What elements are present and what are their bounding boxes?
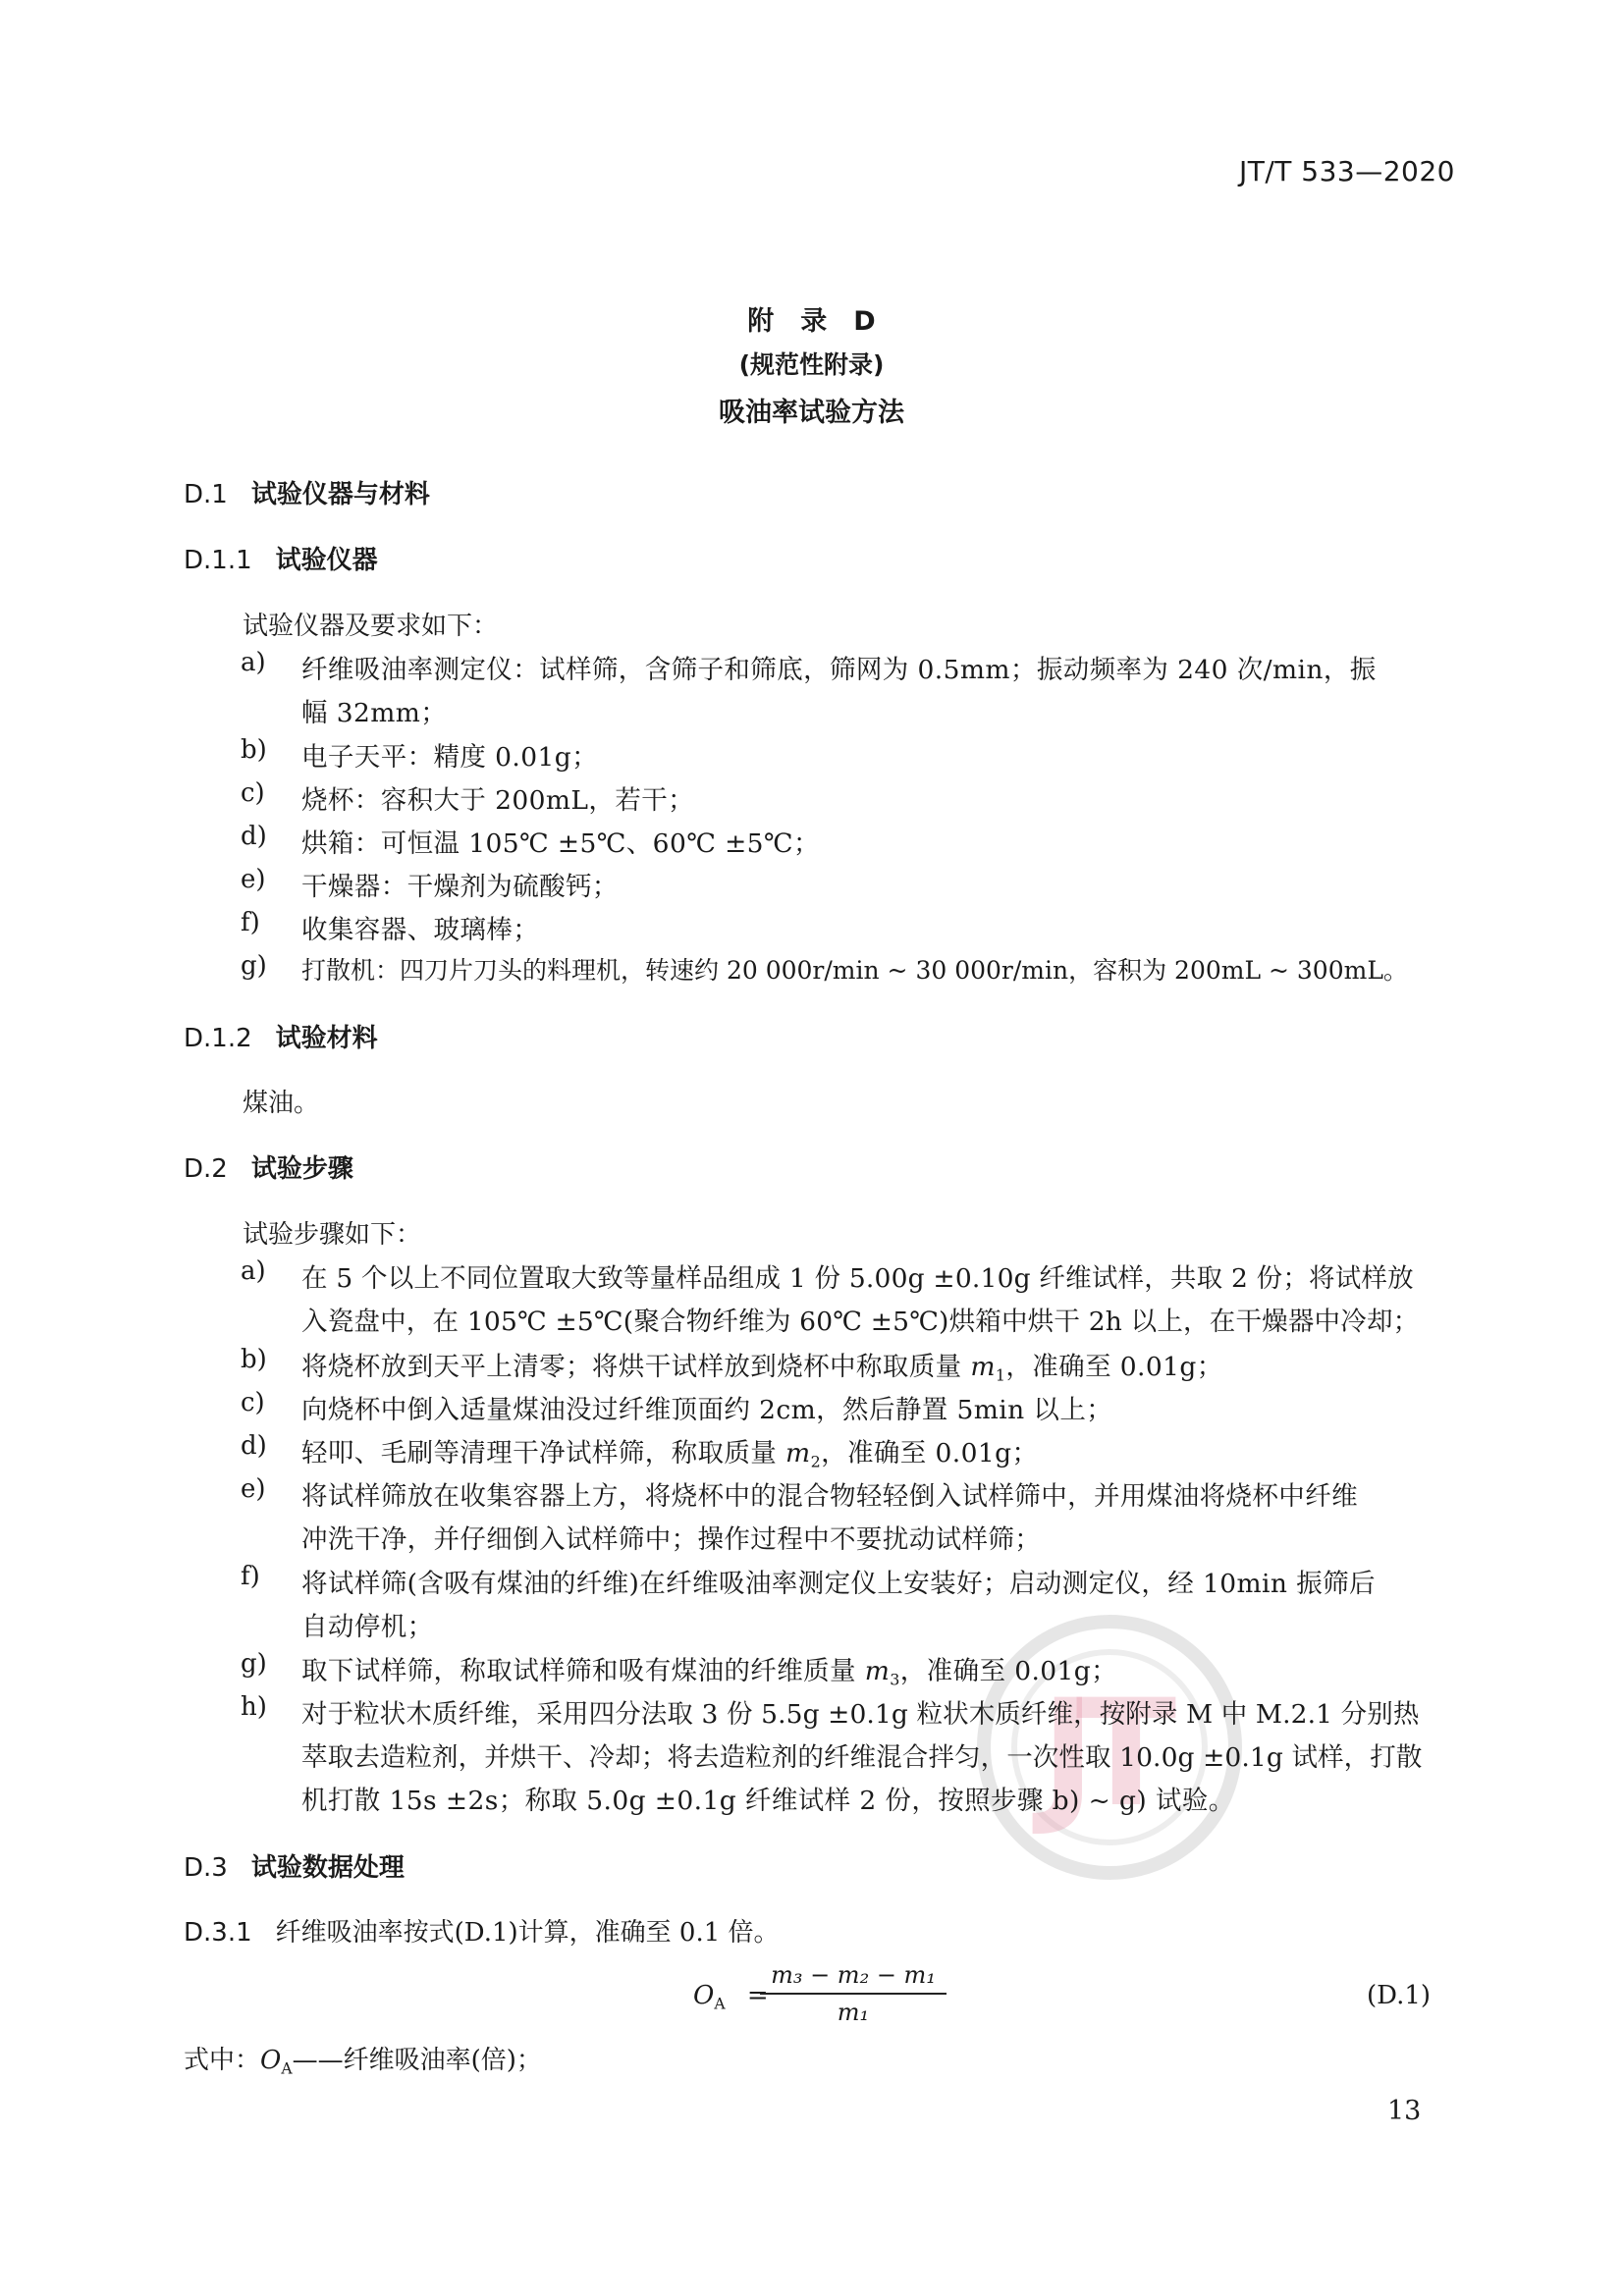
list-item-text: 烘箱：可恒温 105℃ ±5℃、60℃ ±5℃； [301, 822, 820, 860]
list-label: d) [241, 1431, 267, 1461]
list-item-text: 将烧杯放到天平上清零；将烘干试样放到烧杯中称取质量 m1，准确至 0.01g； [301, 1345, 1223, 1385]
list-label: h) [241, 1692, 267, 1722]
list-item-text: 收集容器、玻璃棒； [301, 908, 539, 946]
list-label: a) [241, 648, 266, 677]
variable: m [785, 1438, 811, 1468]
list-label: b) [241, 1345, 267, 1374]
formula-fraction: m₃ − m₂ − m₁ m₁ [760, 1961, 947, 2026]
list-item-text: 干燥器：干燥剂为硫酸钙； [301, 865, 619, 903]
where-prefix: 式中： [184, 2046, 260, 2075]
section-number: D.3 [184, 1853, 228, 1883]
section-number: D.1 [184, 480, 228, 509]
list-item-text: 向烧杯中倒入适量煤油没过纤维顶面约 2cm，然后静置 5min 以上； [301, 1388, 1112, 1426]
list-label: g) [241, 1649, 267, 1679]
where-subscript: A [281, 2059, 292, 2077]
formula-variable: O [693, 1981, 714, 2010]
section-number: D.1.2 [184, 1024, 252, 1053]
fraction-bar [760, 1993, 947, 1995]
list-item-text: 取下试样筛，称取试样筛和吸有煤油的纤维质量 m3，准确至 0.01g； [301, 1649, 1117, 1689]
paragraph-intro: 试验仪器及要求如下： [243, 606, 498, 642]
text-segment: 轻叩、毛刷等清理干净试样筛，称取质量 [301, 1438, 785, 1468]
section-title: 试验步骤 [251, 1154, 353, 1184]
formula-subscript: A [714, 1995, 725, 2012]
variable-subscript: 3 [890, 1671, 900, 1689]
list-item-text: 将试样筛(含吸有煤油的纤维)在纤维吸油率测定仪上安装好；启动测定仪，经 10mi… [301, 1562, 1376, 1600]
text-segment: ，准确至 0.01g； [900, 1656, 1117, 1686]
list-label: e) [241, 1474, 266, 1504]
list-item-text: 轻叩、毛刷等清理干净试样筛，称取质量 m2，准确至 0.01g； [301, 1431, 1038, 1471]
variable-subscript: 1 [996, 1366, 1006, 1385]
appendix-subtitle: (规范性附录) [0, 346, 1623, 381]
section-number: D.3.1 [184, 1918, 252, 1948]
formula-lhs: OA = [693, 1981, 769, 2012]
list-item-text: 电子天平：精度 0.01g； [301, 735, 598, 774]
section-heading-d1: D.1试验仪器与材料 [184, 474, 430, 510]
list-item-continuation: 冲洗干净，并仔细倒入试样筛中；操作过程中不要扰动试样筛； [301, 1518, 1041, 1556]
formula-where-clause: 式中：OA——纤维吸油率(倍)； [184, 2040, 542, 2077]
section-heading-d12: D.1.2试验材料 [184, 1018, 378, 1054]
variable: m [970, 1352, 996, 1382]
list-label: g) [241, 951, 267, 981]
where-definition: ——纤维吸油率(倍)； [293, 2046, 542, 2075]
formula-denominator: m₁ [760, 1999, 947, 2026]
appendix-title: 附 录 D [0, 299, 1623, 338]
list-item-text: 对于粒状木质纤维，采用四分法取 3 份 5.5g ±0.1g 粒状木质纤维，按附… [301, 1692, 1419, 1731]
list-item-continuation: 萃取去造粒剂，并烘干、冷却；将去造粒剂的纤维混合拌匀，一次性取 10.0g ±0… [301, 1735, 1422, 1774]
list-label: c) [241, 778, 265, 808]
section-number: D.1.1 [184, 546, 252, 575]
where-variable: O [260, 2046, 281, 2075]
appendix-name: 吸油率试验方法 [0, 391, 1623, 429]
list-item-text: 打散机：四刀片刀头的料理机，转速约 20 000r/min ~ 30 000r/… [301, 951, 1408, 987]
list-item-text: 将试样筛放在收集容器上方，将烧杯中的混合物轻轻倒入试样筛中，并用煤油将烧杯中纤维 [301, 1474, 1358, 1513]
section-heading-d11: D.1.1试验仪器 [184, 540, 378, 576]
list-label: f) [241, 1562, 260, 1591]
list-item-continuation: 自动停机； [301, 1605, 434, 1643]
list-item-continuation: 入瓷盘中，在 105℃ ±5℃(聚合物纤维为 60℃ ±5℃)烘箱中烘干 2h … [301, 1300, 1419, 1338]
section-text: 纤维吸油率按式(D.1)计算，准确至 0.1 倍。 [276, 1918, 780, 1948]
section-title: 试验仪器 [276, 546, 378, 575]
paragraph-text: 煤油。 [243, 1083, 319, 1119]
list-label: d) [241, 822, 267, 851]
document-id: JT/T 533—2020 [1239, 155, 1455, 187]
list-label: c) [241, 1388, 265, 1417]
text-segment: 将烧杯放到天平上清零；将烘干试样放到烧杯中称取质量 [301, 1352, 970, 1382]
formula-numerator: m₃ − m₂ − m₁ [760, 1961, 947, 1989]
section-heading-d3: D.3试验数据处理 [184, 1847, 405, 1884]
list-label: e) [241, 865, 266, 894]
list-item-text: 在 5 个以上不同位置取大致等量样品组成 1 份 5.00g ±0.10g 纤维… [301, 1256, 1414, 1295]
list-item-text: 纤维吸油率测定仪：试样筛，含筛子和筛底，筛网为 0.5mm；振动频率为 240 … [301, 648, 1377, 686]
page-number: 13 [1387, 2096, 1421, 2126]
list-item-text: 烧杯：容积大于 200mL，若干； [301, 778, 694, 817]
list-label: f) [241, 908, 260, 937]
section-number: D.2 [184, 1154, 228, 1184]
list-item-continuation: 幅 32mm； [301, 691, 447, 729]
list-label: b) [241, 735, 267, 765]
variable-subscript: 2 [811, 1453, 822, 1471]
section-title: 试验材料 [276, 1024, 378, 1053]
section-title: 试验仪器与材料 [251, 480, 430, 509]
list-item-continuation: 机打散 15s ±2s；称取 5.0g ±0.1g 纤维试样 2 份，按照步骤 … [301, 1779, 1235, 1817]
section-heading-d2: D.2试验步骤 [184, 1148, 353, 1185]
text-segment: ，准确至 0.01g； [821, 1438, 1038, 1468]
paragraph-intro: 试验步骤如下： [243, 1214, 421, 1251]
equation-number: (D.1) [1367, 1981, 1431, 2010]
section-heading-d31: D.3.1纤维吸油率按式(D.1)计算，准确至 0.1 倍。 [184, 1912, 780, 1949]
list-label: a) [241, 1256, 266, 1286]
text-segment: 取下试样筛，称取试样筛和吸有煤油的纤维质量 [301, 1656, 865, 1686]
variable: m [865, 1656, 891, 1686]
text-segment: ，准确至 0.01g； [1005, 1352, 1222, 1382]
section-title: 试验数据处理 [251, 1853, 405, 1883]
